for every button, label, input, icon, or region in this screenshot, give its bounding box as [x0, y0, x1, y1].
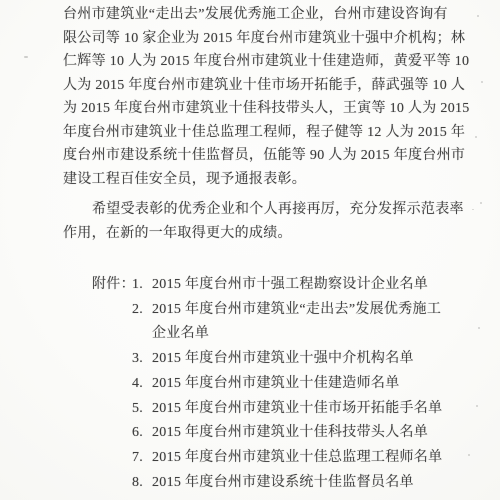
attachment-number: 2. — [132, 298, 152, 323]
attachment-item: 1. 2015 年度台州市十强工程勘察设计企业名单 — [132, 273, 442, 298]
body-paragraph-1: 台州市建筑业“走出去”发展优秀施工企业，台州市建设咨询有 限公司等 10 家企业… — [63, 3, 449, 191]
scan-speck — [476, 405, 478, 407]
scan-speck — [475, 136, 477, 138]
attachment-text: 2015 年度台州市建筑业十强中介机构名单 — [152, 347, 414, 372]
scan-speck — [24, 56, 28, 58]
body-text-line: 年度台州市建筑业十佳总监理工程师，程子健等 12 人为 2015 年 — [63, 121, 449, 145]
attachment-number — [132, 322, 152, 347]
attachment-item: 5. 2015 年度台州市建筑业十佳市场开拓能手名单 — [132, 397, 442, 422]
attachment-number: 7. — [132, 446, 152, 471]
attachment-item: 8. 2015 年度台州市建设系统十佳监督员名单 — [132, 471, 442, 496]
document-page: 台州市建筑业“走出去”发展优秀施工企业，台州市建设咨询有 限公司等 10 家企业… — [0, 0, 500, 500]
attachment-text: 2015 年度台州市建筑业“走出去”发展优秀施工 — [152, 298, 441, 323]
body-text-line: 限公司等 10 家企业为 2015 年度台州市建筑业十强中介机构；林 — [63, 27, 449, 51]
scan-speck — [480, 202, 482, 204]
attachment-number: 8. — [132, 471, 152, 496]
body-text-line: 作用，在新的一年取得更大的成绩。 — [63, 222, 449, 246]
attachment-text: 2015 年度台州市建筑业十佳建造师名单 — [152, 372, 400, 397]
attachment-item: 7. 2015 年度台州市建筑业十佳总监理工程师名单 — [132, 446, 442, 471]
body-paragraph-2: 希望受表彰的优秀企业和个人再接再厉，充分发挥示范表率 作用，在新的一年取得更大的… — [63, 198, 449, 245]
body-text-line: 希望受表彰的优秀企业和个人再接再厉，充分发挥示范表率 — [63, 198, 449, 222]
attachments-label: 附件： — [92, 273, 135, 298]
scan-speck — [478, 327, 480, 329]
attachment-number: 6. — [132, 421, 152, 446]
attachment-text: 2015 年度台州市建筑业十佳科技带头人名单 — [152, 421, 428, 446]
attachment-text: 2015 年度台州市建筑业十佳市场开拓能手名单 — [152, 397, 442, 422]
scan-speck — [472, 209, 474, 210]
attachments-list: 1. 2015 年度台州市十强工程勘察设计企业名单 2. 2015 年度台州市建… — [132, 273, 442, 495]
attachment-number: 5. — [132, 397, 152, 422]
body-text-line: 台州市建筑业“走出去”发展优秀施工企业，台州市建设咨询有 — [63, 3, 449, 27]
body-text-line: 为 2015 年度台州市建筑业十佳科技带头人，王寅等 10 人为 2015 — [63, 97, 449, 121]
body-text-line: 人为 2015 年度台州市建筑业十佳市场开拓能手，薛武强等 10 人 — [63, 74, 449, 98]
attachment-item: 3. 2015 年度台州市建筑业十强中介机构名单 — [132, 347, 442, 372]
scan-speck — [468, 454, 470, 456]
attachment-number: 4. — [132, 372, 152, 397]
scan-speck — [477, 15, 479, 17]
attachment-item-continuation: 企业名单 — [132, 322, 442, 347]
attachment-item: 6. 2015 年度台州市建筑业十佳科技带头人名单 — [132, 421, 442, 446]
body-text-line: 建设工程百佳安全员，现予通报表彰。 — [63, 168, 449, 192]
attachment-text: 2015 年度台州市建筑业十佳总监理工程师名单 — [152, 446, 442, 471]
attachment-item: 4. 2015 年度台州市建筑业十佳建造师名单 — [132, 372, 442, 397]
attachment-item: 2. 2015 年度台州市建筑业“走出去”发展优秀施工 — [132, 298, 442, 323]
attachment-text: 企业名单 — [152, 322, 209, 347]
scan-speck — [481, 81, 483, 83]
attachment-text: 2015 年度台州市建设系统十佳监督员名单 — [152, 471, 414, 496]
attachment-text: 2015 年度台州市十强工程勘察设计企业名单 — [152, 273, 428, 298]
attachment-number: 1. — [132, 273, 152, 298]
attachments-section: 附件： 1. 2015 年度台州市十强工程勘察设计企业名单 2. 2015 年度… — [92, 273, 442, 495]
attachment-number: 3. — [132, 347, 152, 372]
body-text-line: 仁辉等 10 人为 2015 年度台州市建筑业十佳建造师，黄爱平等 10 — [63, 50, 449, 74]
body-text-line: 度台州市建设系统十佳监督员，伍能等 90 人为 2015 年度台州市 — [63, 144, 449, 168]
